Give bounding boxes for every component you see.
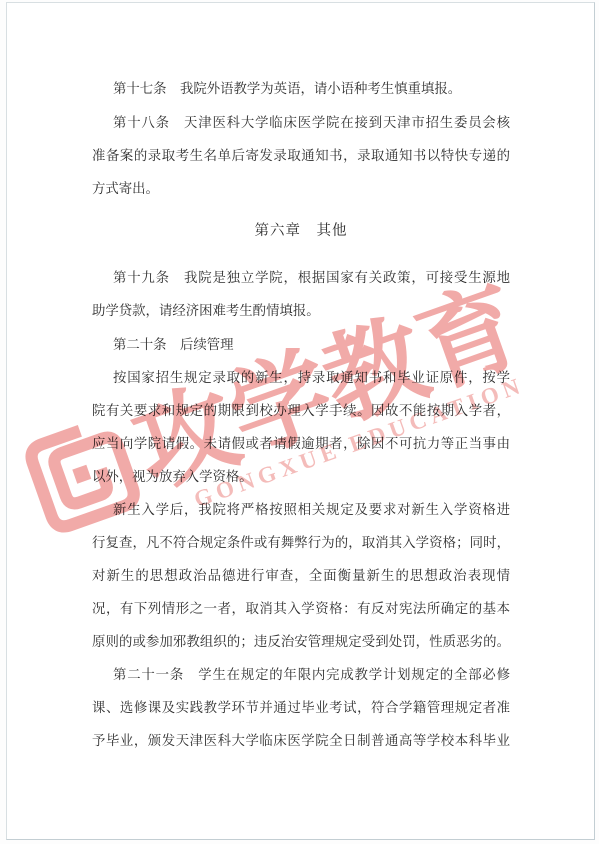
document-line: 第十七条 我院外语教学为英语，请小语种考生慎重填报。 [92,72,510,105]
document-line: 对新生的思想政治品德进行审查，全面衡量新生的思想政治表现情 [92,559,510,592]
document-line: 第二十条 后续管理 [92,328,510,361]
document-line: 原则的或参加邪教组织的；违反治安管理规定受到处罚，性质恶劣的。 [92,625,510,658]
document-line: 第十九条 我院是独立学院，根据国家有关政策，可接受生源地 [92,261,510,294]
chapter-heading: 第六章 其他 [92,215,510,248]
document-line: 况，有下列情形之一者，取消其入学资格：有反对宪法所确定的基本 [92,592,510,625]
document-content: 第十七条 我院外语教学为英语，请小语种考生慎重填报。 第十八条 天津医科大学临床… [0,0,599,844]
document-line: 助学贷款，请经济困难考生酌情填报。 [92,294,510,327]
document-line: 行复查，凡不符合规定条件或有舞弊行为的，取消其入学资格；同时， [92,526,510,559]
document-line: 按国家招生规定录取的新生，持录取通知书和毕业证原件，按学 [92,361,510,394]
document-line: 予毕业，颁发天津医科大学临床医学院全日制普通高等学校本科毕业 [92,724,510,757]
document-line: 第十八条 天津医科大学临床医学院在接到天津市招生委员会核 [92,106,510,139]
document-line: 方式寄出。 [92,172,510,205]
document-line: 新生入学后，我院将严格按照相关规定及要求对新生入学资格进 [92,493,510,526]
document-line: 第二十一条 学生在规定的年限内完成教学计划规定的全部必修 [92,658,510,691]
document-viewer: 第十七条 我院外语教学为英语，请小语种考生慎重填报。 第十八条 天津医科大学临床… [0,0,599,844]
document-line: 准备案的录取考生名单后寄发录取通知书，录取通知书以特快专递的 [92,139,510,172]
document-line: 以外，视为放弃入学资格。 [92,460,510,493]
document-line: 应当向学院请假。未请假或者请假逾期者，除因不可抗力等正当事由 [92,427,510,460]
document-line: 课、选修课及实践教学环节并通过毕业考试，符合学籍管理规定者准 [92,691,510,724]
document-line: 院有关要求和规定的期限到校办理入学手续。因故不能按期入学者， [92,394,510,427]
